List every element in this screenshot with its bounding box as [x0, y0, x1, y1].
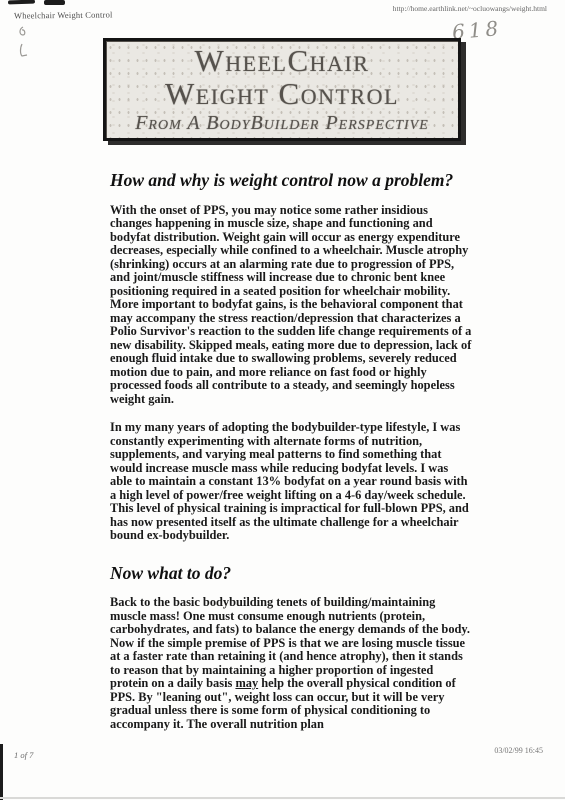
underlined-word: may: [235, 676, 258, 690]
paragraph-nutrition-plan: Back to the basic bodybuilding tenets of…: [110, 596, 472, 731]
section-heading-problem: How and why is weight control now a prob…: [110, 170, 472, 191]
scan-edge-line: [0, 797, 565, 799]
print-footer-page-count: 1 of 7: [14, 750, 33, 760]
scanned-document-page: Wheelchair Weight Control http://home.ea…: [0, 0, 565, 800]
paragraph-bodybuilder-years: In my many years of adopting the bodybui…: [110, 421, 472, 543]
print-footer-timestamp: 03/02/99 16:45: [494, 746, 543, 755]
print-header-title: Wheelchair Weight Control: [14, 9, 113, 20]
banner-title-line1: WheelChair: [195, 45, 370, 77]
section-heading-what-to-do: Now what to do?: [110, 563, 472, 584]
scan-edge-bar: [0, 744, 3, 800]
article-body: How and why is weight control now a prob…: [110, 170, 472, 746]
paragraph-onset-of-pps: With the onset of PPS, you may notice so…: [110, 204, 472, 407]
banner-title-line2: Weight Control: [165, 78, 399, 110]
pencil-mark: [13, 24, 39, 64]
title-banner: WheelChair Weight Control From A BodyBui…: [103, 38, 461, 141]
print-header-url: http://home.earthlink.net/~ocluowangs/we…: [393, 4, 547, 13]
scan-smudge: [44, 0, 65, 5]
banner-subtitle: From A BodyBuilder Perspective: [135, 113, 429, 134]
scan-smudge: [8, 0, 35, 4]
